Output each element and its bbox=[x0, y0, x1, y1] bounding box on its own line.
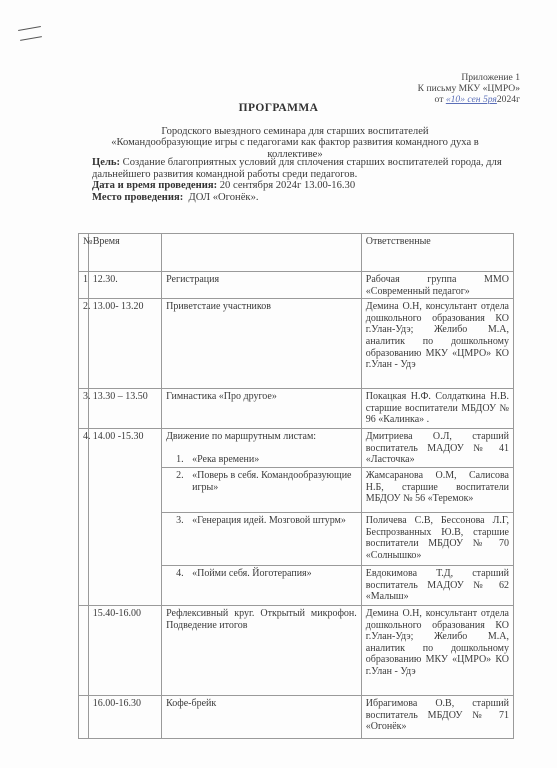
appendix-line-2: К письму МКУ «ЦМРО» bbox=[418, 83, 520, 94]
table-row: 15.40-16.00 Рефлексивный круг. Открытый … bbox=[79, 605, 514, 695]
handwritten-marks bbox=[16, 22, 46, 44]
header-activity bbox=[162, 234, 362, 272]
appendix-line-1: Приложение 1 bbox=[418, 72, 520, 83]
header-responsible: Ответственные bbox=[361, 234, 513, 272]
document-title: ПРОГРАММА bbox=[0, 102, 557, 114]
document-subtitle: Городского выездного семинара для старши… bbox=[95, 126, 495, 160]
route-station: 4. «Пойми себя. Йоготерапия» bbox=[162, 565, 362, 605]
table-row: 16.00-16.30 Кофе-брейк Ибрагимова О.В, с… bbox=[79, 695, 514, 738]
route-station: 2. «Поверь в себя. Командообразующие игр… bbox=[162, 467, 362, 512]
pen-stroke bbox=[20, 36, 42, 41]
event-info: Цель: Создание благоприятных условий для… bbox=[92, 157, 532, 203]
header-time: Время bbox=[88, 234, 161, 272]
place: Место проведения: ДОЛ «Огонёк». bbox=[92, 192, 532, 204]
table-row: 3. 13.30 – 13.50 Гимнастика «Про другое»… bbox=[79, 389, 514, 429]
table-row: 4. 14.00 -15.30 Движение по маршрутным л… bbox=[79, 429, 514, 468]
table-header: № Время Ответственные bbox=[79, 234, 514, 272]
pen-stroke bbox=[18, 26, 41, 31]
program-table: № Время Ответственные 1 12.30. Регистрац… bbox=[78, 233, 514, 739]
route-station: 3. «Генерация идей. Мозговой штурм» bbox=[162, 512, 362, 565]
date-time: Дата и время проведения: 20 сентября 202… bbox=[92, 180, 532, 192]
appendix-note: Приложение 1 К письму МКУ «ЦМРО» от «10»… bbox=[418, 72, 520, 105]
goal: Цель: Создание благоприятных условий для… bbox=[92, 157, 532, 180]
route-station: Движение по маршрутным листам: 1. «Река … bbox=[162, 429, 362, 468]
table-row: 2. 13.00- 13.20 Приветстаие участников Д… bbox=[79, 299, 514, 389]
table-row: 1 12.30. Регистрация Рабочая группа ММО … bbox=[79, 272, 514, 299]
header-number: № bbox=[79, 234, 89, 272]
